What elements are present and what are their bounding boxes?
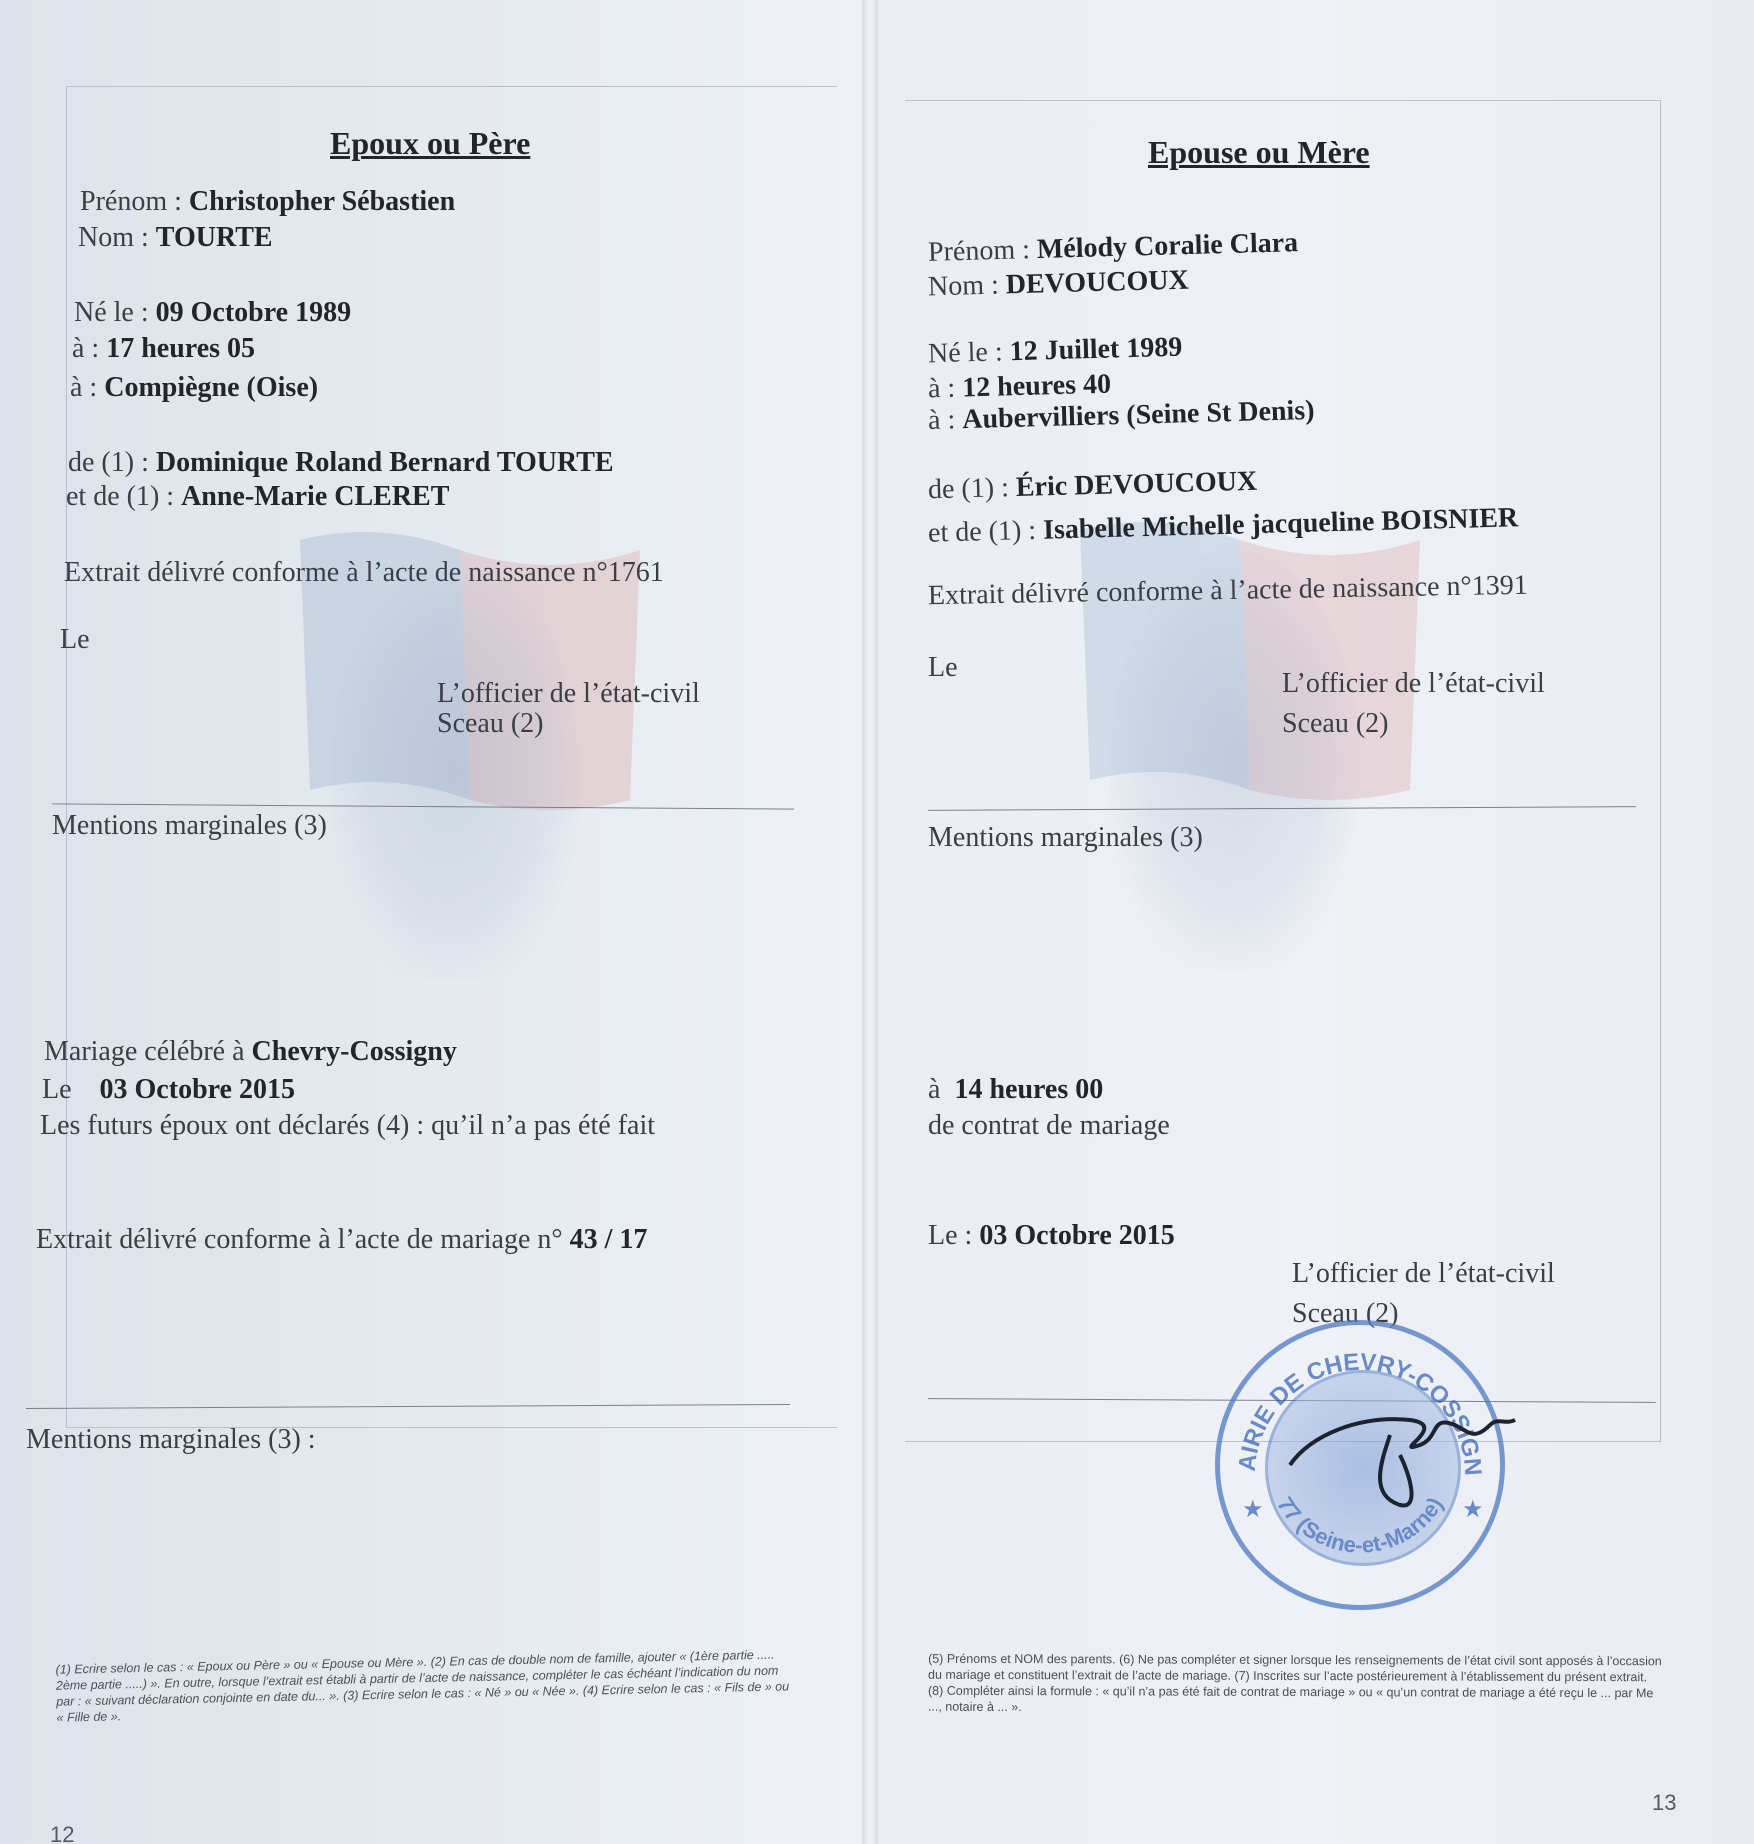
left-mariage: Mariage célébré à Chevry-Cossigny [44, 1036, 457, 1068]
left-extrait-mariage: Extrait délivré conforme à l’acte de mar… [36, 1224, 647, 1256]
prenom-label: Prénom : [928, 234, 1031, 268]
mere-value: Anne-Marie CLERET [181, 481, 449, 512]
right-heure: à : 12 heures 40 [928, 369, 1112, 406]
right-footnotes: (5) Prénoms et NOM des parents. (6) Ne p… [928, 1651, 1662, 1718]
mere-label: et de (1) : [928, 515, 1037, 549]
right-heure-mariage: à 14 heures 00 [928, 1074, 1103, 1106]
left-mere: et de (1) : Anne-Marie CLERET [66, 481, 449, 513]
left-sceau: Sceau (2) [437, 708, 544, 740]
mariage-date-value: 03 Octobre 2015 [100, 1074, 295, 1105]
lieu-value: Compiègne (Oise) [104, 372, 318, 403]
pere-label: de (1) : [928, 472, 1010, 505]
stamp-star-icon: ★ [1242, 1495, 1264, 1524]
ne-le-value: 09 Octobre 1989 [156, 297, 351, 328]
left-le: Le [60, 624, 90, 656]
signature [1270, 1395, 1530, 1515]
ne-le-label: Né le : [74, 297, 149, 328]
pere-label: de (1) : [68, 447, 149, 478]
right-nom: Nom : DEVOUCOUX [928, 265, 1190, 304]
extrait-mariage-num: 43 / 17 [570, 1224, 648, 1255]
right-officier-final: L’officier de l’état-civil [1292, 1258, 1555, 1290]
mariage-lieu: Chevry-Cossigny [252, 1036, 457, 1067]
marianne-watermark-right [1110, 550, 1360, 970]
left-nom: Nom : TOURTE [78, 222, 273, 254]
right-title: Epouse ou Mère [1148, 134, 1370, 171]
prenom-value: Christopher Sébastien [189, 186, 455, 217]
right-sceau: Sceau (2) [1282, 708, 1389, 740]
nom-value: DEVOUCOUX [1005, 265, 1189, 301]
ne-le-value: 12 Juillet 1989 [1009, 332, 1182, 368]
left-mentions: Mentions marginales (3) [52, 810, 327, 842]
prenom-value: Mélody Coralie Clara [1036, 227, 1298, 265]
right-ne-le: Né le : 12 Juillet 1989 [928, 332, 1183, 371]
nom-label: Nom : [928, 270, 1000, 303]
right-le: Le [928, 652, 958, 684]
left-ne-le: Né le : 09 Octobre 1989 [74, 297, 351, 329]
heure-value: 12 heures 40 [962, 369, 1112, 404]
prenom-label: Prénom : [80, 186, 182, 217]
left-page-number: 12 [50, 1822, 74, 1844]
nom-label: Nom : [78, 222, 149, 253]
mariage-label: Mariage célébré à [44, 1036, 245, 1067]
lieu-label: à : [928, 404, 956, 436]
right-contrat: de contrat de mariage [928, 1110, 1170, 1142]
lieu-label: à : [70, 372, 97, 403]
ne-le-label: Né le : [928, 336, 1003, 369]
right-le-final: Le : 03 Octobre 2015 [928, 1220, 1175, 1252]
left-officier: L’officier de l’état-civil [437, 678, 700, 710]
le-final-value: 03 Octobre 2015 [979, 1220, 1174, 1251]
left-extrait-naissance: Extrait délivré conforme à l’acte de nai… [64, 557, 664, 589]
right-officier: L’officier de l’état-civil [1282, 668, 1545, 700]
mere-label: et de (1) : [66, 481, 174, 512]
left-mentions-mariage: Mentions marginales (3) : [26, 1424, 316, 1456]
heure-label: à : [928, 373, 956, 405]
right-page-number: 13 [1652, 1790, 1676, 1816]
left-declaration: Les futurs époux ont déclarés (4) : qu’i… [40, 1110, 655, 1142]
heure-value: 17 heures 05 [106, 333, 255, 364]
le-final-label: Le : [928, 1220, 972, 1251]
nom-value: TOURTE [156, 222, 273, 253]
marianne-watermark-left [330, 560, 580, 980]
heure-mariage-value: 14 heures 00 [954, 1074, 1103, 1105]
book-spine [862, 0, 878, 1844]
left-lieu: à : Compiègne (Oise) [70, 372, 318, 404]
left-heure: à : 17 heures 05 [72, 333, 255, 365]
extrait-mariage-label: Extrait délivré conforme à l’acte de mar… [36, 1224, 563, 1255]
left-title: Epoux ou Père [330, 125, 530, 162]
pere-value: Éric DEVOUCOUX [1015, 466, 1257, 503]
heure-label: à : [72, 333, 99, 364]
mariage-le-label: Le [42, 1074, 72, 1105]
left-pere: de (1) : Dominique Roland Bernard TOURTE [68, 447, 614, 479]
right-mentions: Mentions marginales (3) [928, 822, 1203, 854]
heure-mariage-label: à [928, 1074, 940, 1105]
left-mariage-date: Le 03 Octobre 2015 [42, 1074, 295, 1106]
left-prenom: Prénom : Christopher Sébastien [80, 186, 455, 218]
pere-value: Dominique Roland Bernard TOURTE [156, 447, 614, 478]
